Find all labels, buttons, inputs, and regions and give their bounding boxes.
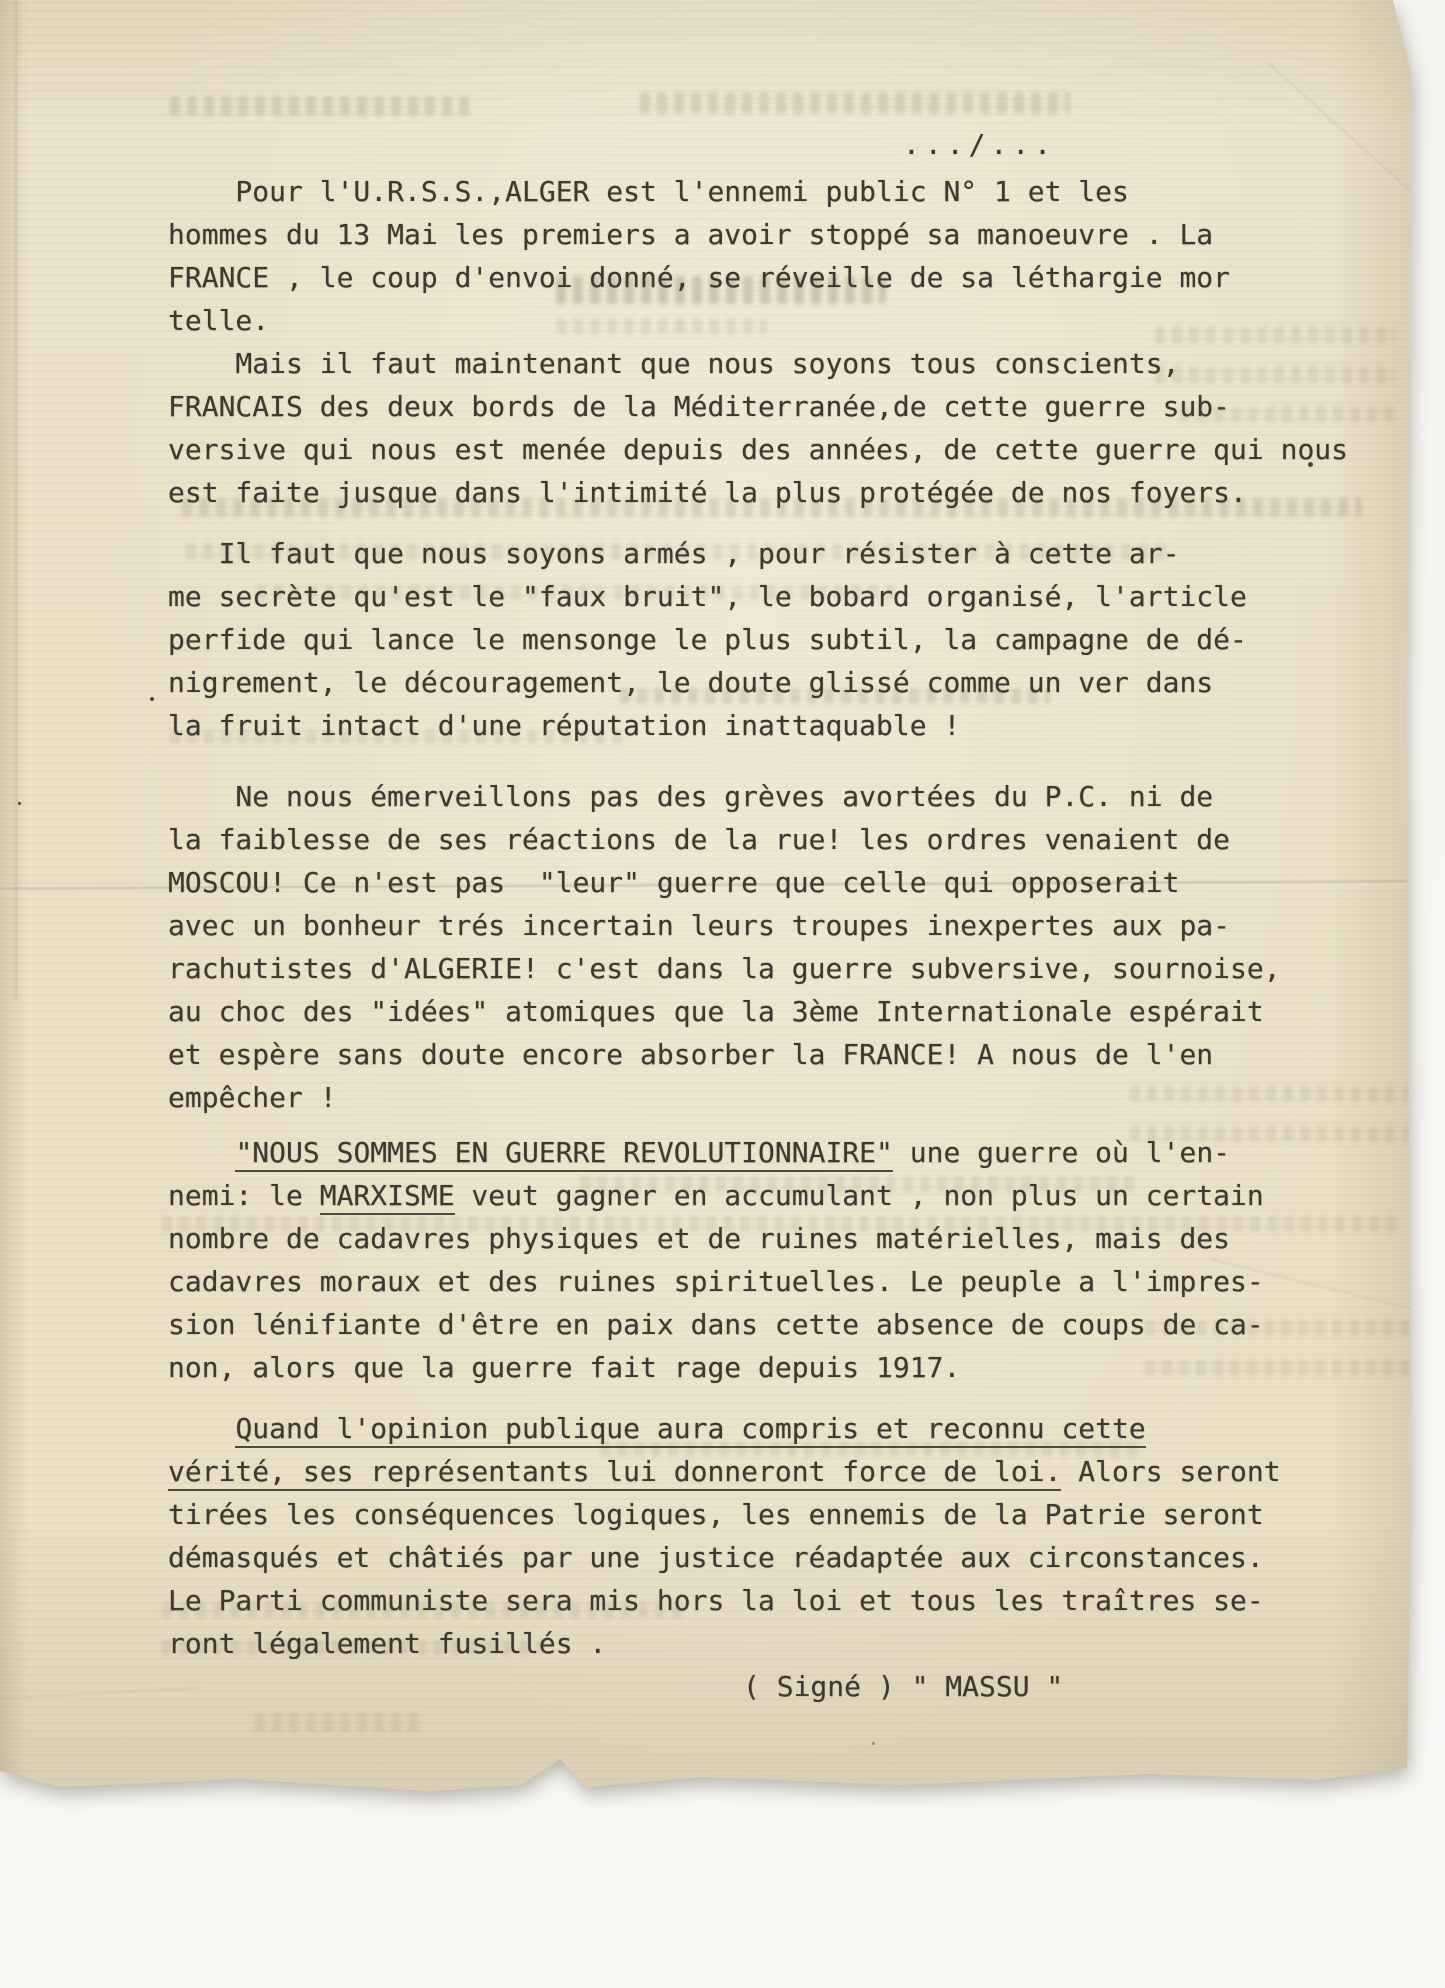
doc-line: Ne nous émerveillons pas des grèves avor… xyxy=(168,775,1408,818)
paper-edge-shading xyxy=(15,0,17,1000)
paper-speck xyxy=(872,1742,875,1745)
bleedthrough-smudge xyxy=(170,96,470,116)
doc-line: ront légalement fusillés . xyxy=(168,1622,1408,1665)
scanner-background: .../... Pour l'U.R.S.S.,ALGER est l'enne… xyxy=(0,0,1445,1988)
doc-line: la faiblesse de ses réactions de la rue!… xyxy=(168,818,1408,861)
doc-line: FRANCE , le coup d'envoi donné, se révei… xyxy=(168,256,1408,299)
doc-line: avec un bonheur trés incertain leurs tro… xyxy=(168,904,1408,947)
paragraph: Il faut que nous soyons armés , pour rés… xyxy=(168,532,1408,747)
doc-line: Le Parti communiste sera mis hors la loi… xyxy=(168,1579,1408,1622)
doc-line: nombre de cadavres physiques et de ruine… xyxy=(168,1217,1408,1260)
doc-line: Quand l'opinion publique aura compris et… xyxy=(168,1407,1408,1450)
doc-line: non, alors que la guerre fait rage depui… xyxy=(168,1346,1408,1389)
doc-line: empêcher ! xyxy=(168,1076,1408,1119)
paper-speck xyxy=(18,802,21,805)
doc-line: telle. xyxy=(168,299,1408,342)
signature-line: ( Signé ) " MASSU " xyxy=(168,1665,1408,1708)
doc-line: MOSCOU! Ce n'est pas "leur" guerre que c… xyxy=(168,861,1408,904)
doc-line: Il faut que nous soyons armés , pour rés… xyxy=(168,532,1408,575)
doc-line: tirées les conséquences logiques, les en… xyxy=(168,1493,1408,1536)
doc-line: au choc des "idées" atomiques que la 3èm… xyxy=(168,990,1408,1033)
bleedthrough-smudge xyxy=(255,1712,420,1732)
paragraph: Mais il faut maintenant que nous soyons … xyxy=(168,342,1408,514)
document-text: Pour l'U.R.S.S.,ALGER est l'ennemi publi… xyxy=(168,170,1408,1708)
paragraph: Pour l'U.R.S.S.,ALGER est l'ennemi publi… xyxy=(168,170,1408,342)
paragraph: "NOUS SOMMES EN GUERRE REVOLUTIONNAIRE" … xyxy=(168,1131,1408,1389)
document-page: .../... Pour l'U.R.S.S.,ALGER est l'enne… xyxy=(0,0,1445,1988)
doc-line: est faite jusque dans l'intimité la plus… xyxy=(168,471,1408,514)
doc-line: FRANCAIS des deux bords de la Méditerran… xyxy=(168,385,1408,428)
doc-line: la fruit intact d'une réputation inattaq… xyxy=(168,704,1408,747)
doc-line: hommes du 13 Mai les premiers a avoir st… xyxy=(168,213,1408,256)
paragraph: Quand l'opinion publique aura compris et… xyxy=(168,1407,1408,1665)
continuation-mark: .../... xyxy=(903,128,1056,161)
doc-line: nigrement, le découragement, le doute gl… xyxy=(168,661,1408,704)
doc-line: Mais il faut maintenant que nous soyons … xyxy=(168,342,1408,385)
paper-speck xyxy=(150,697,154,701)
paragraph: Ne nous émerveillons pas des grèves avor… xyxy=(168,775,1408,1119)
doc-line: démasqués et châtiés par une justice réa… xyxy=(168,1536,1408,1579)
doc-line: Pour l'U.R.S.S.,ALGER est l'ennemi publi… xyxy=(168,170,1408,213)
doc-line: versive qui nous est menée depuis des an… xyxy=(168,428,1408,471)
doc-line: perfide qui lance le mensonge le plus su… xyxy=(168,618,1408,661)
bleedthrough-smudge xyxy=(640,92,1070,114)
doc-line: "NOUS SOMMES EN GUERRE REVOLUTIONNAIRE" … xyxy=(168,1131,1408,1174)
doc-line: me secrète qu'est le "faux bruit", le bo… xyxy=(168,575,1408,618)
doc-line: vérité, ses représentants lui donneront … xyxy=(168,1450,1408,1493)
paper-shadow-wrap: .../... Pour l'U.R.S.S.,ALGER est l'enne… xyxy=(0,0,1445,1988)
doc-line: nemi: le MARXISME veut gagner en accumul… xyxy=(168,1174,1408,1217)
doc-line: sion lénifiante d'être en paix dans cett… xyxy=(168,1303,1408,1346)
doc-line: et espère sans doute encore absorber la … xyxy=(168,1033,1408,1076)
doc-line: rachutistes d'ALGERIE! c'est dans la gue… xyxy=(168,947,1408,990)
doc-line: cadavres moraux et des ruines spirituell… xyxy=(168,1260,1408,1303)
